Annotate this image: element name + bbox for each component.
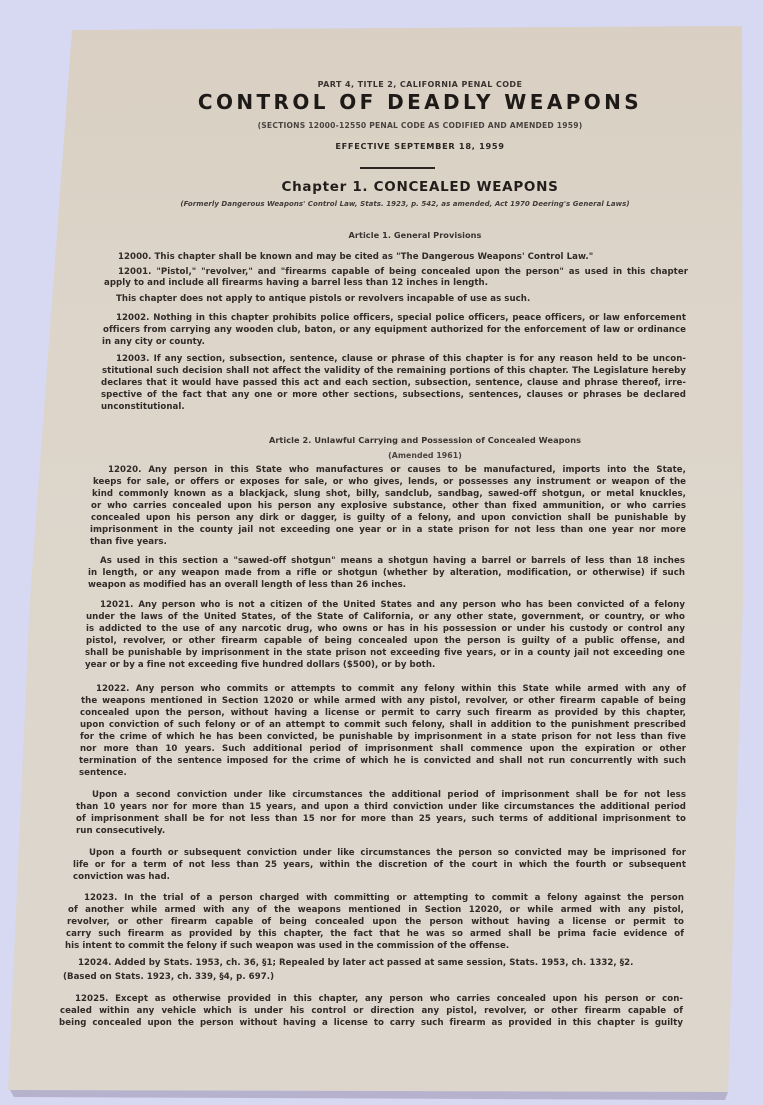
text-line: is addicted to the use of any narcotic d… <box>86 624 685 634</box>
article-2-heading: Article 2. Unlawful Carrying and Possess… <box>190 435 660 445</box>
text-line: revolver, or other firearm capable of be… <box>67 917 684 927</box>
sections-subtitle: (SECTIONS 12000-12550 PENAL CODE AS CODI… <box>180 121 660 130</box>
text-line: 12002. Nothing in this chapter prohibits… <box>116 313 686 323</box>
text-line: 12003. If any section, subsection, sente… <box>116 354 686 364</box>
text-line: kind commonly known as a blackjack, slun… <box>92 489 686 499</box>
text-line: As used in this section a "sawed-off sho… <box>100 556 685 566</box>
chapter-former-title: (Formerly Dangerous Weapons' Control Law… <box>135 200 675 208</box>
title-divider <box>360 167 435 169</box>
text-line: life or for a term of not less than 25 y… <box>73 860 686 870</box>
text-line: pistol, revolver, or other firearm capab… <box>86 636 685 646</box>
text-line: conviction was had. <box>73 872 170 882</box>
part-title-line: PART 4, TITLE 2, CALIFORNIA PENAL CODE <box>180 80 660 89</box>
text-line: nor more than 10 years. Such additional … <box>80 744 686 754</box>
text-line: This chapter does not apply to antique p… <box>116 294 530 304</box>
text-line: declares that it would have passed this … <box>101 378 686 388</box>
text-line: spective of the fact that any one or mor… <box>101 390 686 400</box>
text-line: upon conviction of such felony or of an … <box>80 720 686 730</box>
text-line: termination of the sentence imposed for … <box>79 756 686 766</box>
text-line: than five years. <box>90 537 167 547</box>
text-line: 12021. Any person who is not a citizen o… <box>100 600 685 610</box>
text-line: 12023. In the trial of a person charged … <box>84 893 684 903</box>
text-line: or who carries concealed upon his person… <box>91 501 686 511</box>
text-line: imprisonment in the county jail not exce… <box>90 525 686 535</box>
text-line: concealed upon the person, without havin… <box>80 708 686 718</box>
text-line: Upon a fourth or subsequent conviction u… <box>89 848 686 858</box>
text-line: being concealed upon the person without … <box>59 1018 683 1028</box>
text-line: 12024. Added by Stats. 1953, ch. 36, §1;… <box>78 958 633 968</box>
text-line: weapon as modified has an overall length… <box>88 580 406 590</box>
text-line: shall be punishable by imprisonment in t… <box>85 648 685 658</box>
text-line: (Based on Stats. 1923, ch. 339, §4, p. 6… <box>63 972 274 982</box>
text-line: keeps for sale, or offers or exposes for… <box>93 477 686 487</box>
text-line: 12022. Any person who commits or attempt… <box>96 684 686 694</box>
text-line: his intent to commit the felony if such … <box>65 941 509 951</box>
text-line: stitutional such decision shall not affe… <box>102 366 686 376</box>
text-line: Upon a second conviction under like circ… <box>92 790 686 800</box>
text-line: than 10 years nor for more than 15 years… <box>76 802 686 812</box>
text-line: under the laws of the United States, of … <box>86 612 685 622</box>
text-line: sentence. <box>79 768 127 778</box>
text-line: in any city or county. <box>102 337 205 347</box>
article-2-amended-note: (Amended 1961) <box>190 451 660 460</box>
text-line: 12025. Except as otherwise provided in t… <box>75 994 683 1004</box>
text-line: the weapons mentioned in Section 12020 o… <box>81 696 686 706</box>
text-line: in length, or any weapon made from a rif… <box>88 568 685 578</box>
text-line: for the crime of which he has been convi… <box>80 732 686 742</box>
text-line: carry such firearm as provided by this c… <box>66 929 684 939</box>
text-line: 12020. Any person in this State who manu… <box>108 465 686 475</box>
text-line: of another while armed with any of the w… <box>68 905 684 915</box>
document-title: CONTROL OF DEADLY WEAPONS <box>180 90 660 114</box>
document-content: PART 4, TITLE 2, CALIFORNIA PENAL CODE C… <box>0 0 763 1105</box>
text-line: cealed within any vehicle which is under… <box>60 1006 683 1016</box>
chapter-heading: Chapter 1. CONCEALED WEAPONS <box>180 179 660 195</box>
article-1-heading: Article 1. General Provisions <box>180 230 650 240</box>
text-line: officers from carrying any wooden club, … <box>103 325 686 335</box>
text-line: year or by a fine not exceeding five hun… <box>85 660 435 670</box>
text-line: run consecutively. <box>76 826 165 836</box>
text-line: 12000. This chapter shall be known and m… <box>118 252 593 262</box>
effective-date: EFFECTIVE SEPTEMBER 18, 1959 <box>180 141 660 151</box>
text-line: concealed upon his person any dirk or da… <box>91 513 686 523</box>
text-line: apply to and include all firearms having… <box>104 278 488 288</box>
text-line: of imprisonment shall be for not less th… <box>76 814 686 824</box>
text-line: 12001. "Pistol," "revolver," and "firear… <box>118 267 688 277</box>
text-line: unconstitutional. <box>101 402 185 412</box>
